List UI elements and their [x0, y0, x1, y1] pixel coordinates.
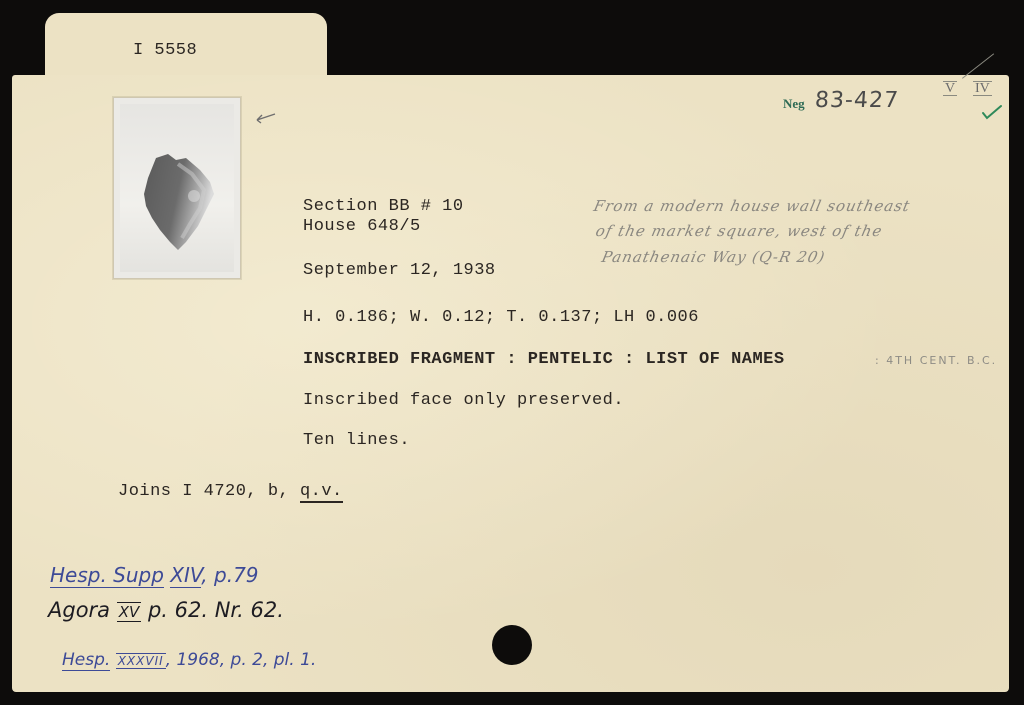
- bib-publication: Hesp. Supp: [50, 563, 164, 588]
- date-note: : 4TH CENT. B.C.: [875, 354, 997, 367]
- index-card-scan: I 5558 Neg 83-427 V IV: [0, 0, 1024, 705]
- bibliography-entry-2: Agora XV p. 62. Nr. 62.: [48, 598, 284, 622]
- check-mark-icon: [981, 104, 1003, 120]
- bib-pages: , p.79: [201, 563, 258, 587]
- catalog-number: I 5558: [133, 41, 197, 60]
- negative-label: Neg: [783, 96, 805, 112]
- findspot-line-3: Panathenaic Way (Q-R 20): [600, 248, 827, 266]
- bibliography-entry-1: Hesp. Supp XIV, p.79: [50, 563, 259, 587]
- joins-field: Joins I 4720, b, q.v.: [118, 482, 343, 501]
- photo-print: [120, 104, 234, 272]
- bib-publication: Agora: [48, 598, 110, 622]
- findspot-line-2: of the market square, west of the: [594, 222, 884, 240]
- bib-pages: p. 62. Nr. 62.: [141, 598, 284, 622]
- classification-field: INSCRIBED FRAGMENT : PENTELIC : LIST OF …: [303, 350, 785, 369]
- bib-publication: Hesp.: [62, 650, 110, 671]
- house-field: House 648/5: [303, 217, 421, 236]
- pencil-arrow-icon: [253, 110, 277, 126]
- negative-number: 83-427: [814, 88, 900, 113]
- bibliography-entry-3: Hesp. XXXVII, 1968, p. 2, pl. 1.: [62, 650, 316, 670]
- dimensions-field: H. 0.186; W. 0.12; T. 0.137; LH 0.006: [303, 308, 699, 327]
- bib-volume: XV: [117, 602, 142, 622]
- section-field: Section BB # 10: [303, 197, 464, 216]
- lines-field: Ten lines.: [303, 431, 410, 450]
- joins-text: Joins I 4720, b,: [118, 482, 289, 501]
- bib-pages: , 1968, p. 2, pl. 1.: [166, 650, 317, 670]
- condition-field: Inscribed face only preserved.: [303, 391, 624, 410]
- roman-mark-v: V: [943, 81, 957, 96]
- fragment-photo: [113, 97, 241, 279]
- findspot-line-1: From a modern house wall southeast: [592, 197, 912, 215]
- roman-mark-iv: IV: [973, 81, 992, 96]
- bib-volume: XXXVII: [116, 653, 166, 669]
- punch-hole: [492, 625, 532, 665]
- date-field: September 12, 1938: [303, 261, 496, 280]
- joins-qv: q.v.: [300, 482, 343, 503]
- stone-fragment-image: [134, 150, 224, 260]
- bib-volume: XIV: [170, 563, 201, 588]
